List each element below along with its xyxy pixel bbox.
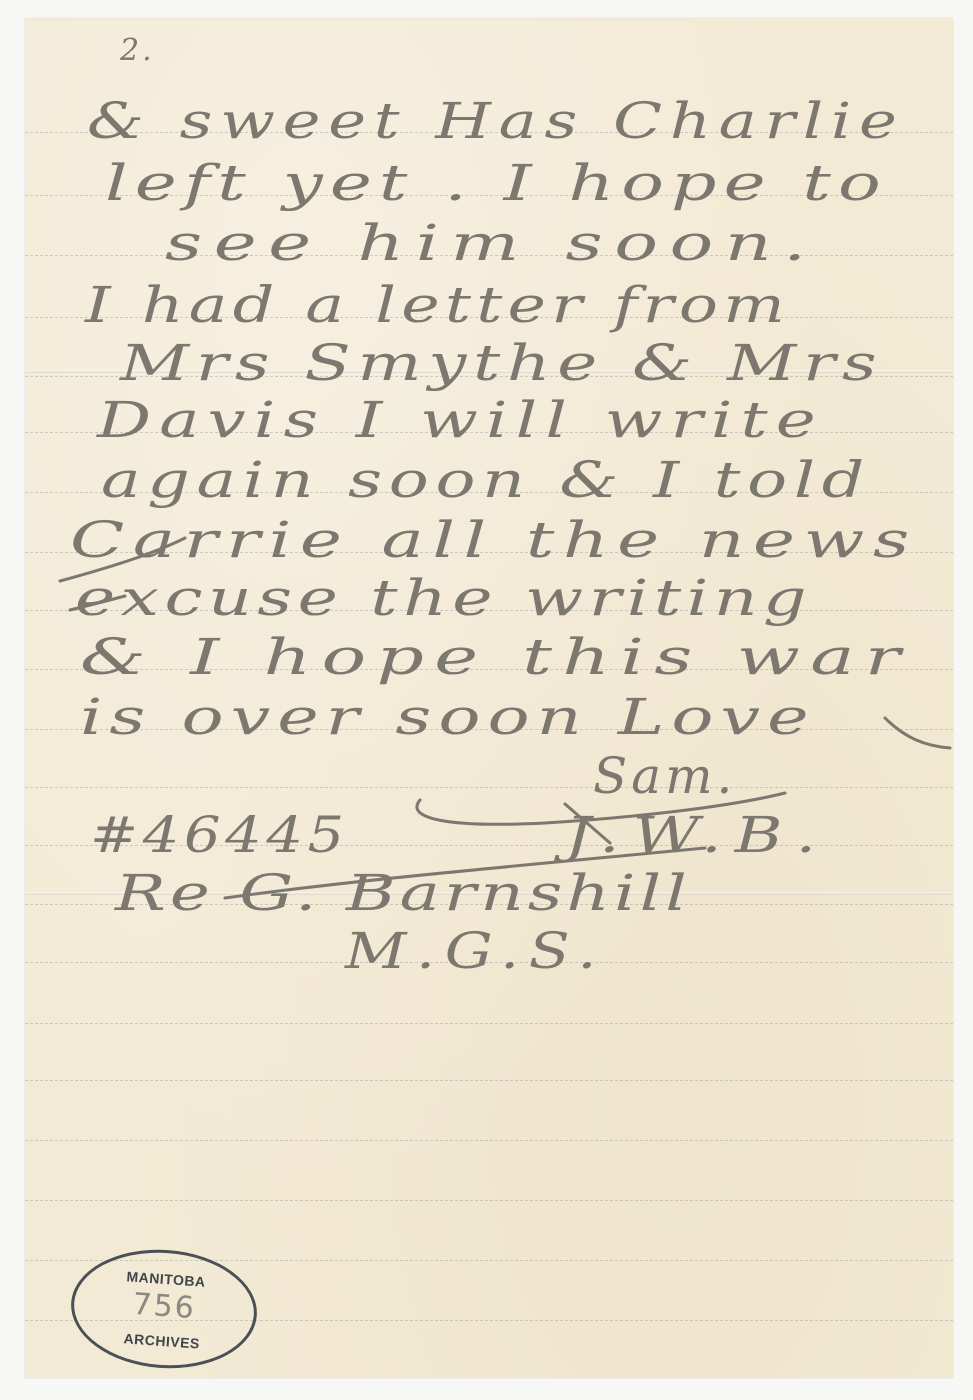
ruled-line (25, 1200, 953, 1201)
stamp-bottom-text: ARCHIVES (71, 1327, 252, 1356)
page-number: 2. (120, 36, 155, 66)
service-number: #46445 (90, 810, 349, 860)
letter-line-2: left yet . I hope to (105, 158, 888, 208)
letter-line-11: is over soon Love (80, 692, 816, 742)
manitoba-archives-stamp: MANITOBA 756 ARCHIVES (67, 1244, 261, 1375)
signature-name: Sam. (593, 751, 736, 801)
signature-initials: J.W.B. (565, 810, 829, 860)
letter-line-8: Carrie all the news (70, 515, 918, 565)
letter-line-3: see him soon. (165, 218, 818, 268)
letter-line-6: Davis I will write (97, 395, 824, 445)
ruled-line (25, 1080, 953, 1081)
unit-line: M.G.S. (345, 926, 606, 976)
letter-line-4: I had a letter from (85, 280, 790, 330)
regiment-line: Re G. Barnshill (115, 868, 691, 918)
letter-page: 2. & sweet Has Charlie left yet . I hope… (25, 18, 953, 1378)
letter-line-9: excuse the writing (75, 573, 812, 623)
letter-line-10: & I hope this war (80, 632, 911, 682)
ruled-line (25, 1140, 953, 1141)
ruled-line (25, 787, 953, 788)
letter-line-5: Mrs Smythe & Mrs (120, 338, 883, 388)
letter-line-1: & sweet Has Charlie (87, 96, 905, 146)
ruled-line (25, 1023, 953, 1024)
letter-line-7: again soon & I told (101, 455, 871, 505)
deckle-edge (25, 15, 953, 21)
